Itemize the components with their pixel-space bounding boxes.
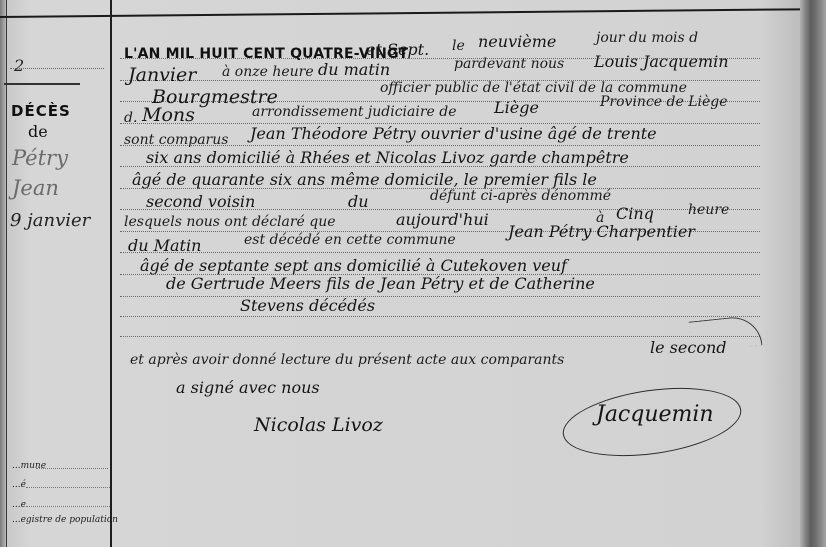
printed-d: d. <box>124 110 137 126</box>
printed-le: le <box>452 38 465 54</box>
printed-province: Province de Liège <box>600 94 728 110</box>
handwritten-officer-name: Louis Jacquemin <box>594 52 729 71</box>
handwritten-du-matin: du Matin <box>128 236 201 255</box>
ruled-line <box>120 252 760 253</box>
printed-heure: heure <box>688 202 729 218</box>
printed-pardevant: pardevant nous <box>454 56 564 72</box>
act-number: 2 <box>14 56 24 75</box>
margin-separator-bar <box>4 83 80 85</box>
handwritten-deceased-age-domicile: âgé de septante sept ans domicilié à Cut… <box>140 256 567 275</box>
handwritten-month: Janvier <box>128 64 196 86</box>
handwritten-second-declarant-age: âgé de quarante six ans même domicile, l… <box>132 170 597 189</box>
death-date: 9 janvier <box>10 210 90 231</box>
margin-form-label-registre: ...egistre de population <box>12 515 118 525</box>
printed-lesquels: lesquels nous ont déclaré que <box>124 214 336 230</box>
officer-signature: Jacquemin <box>596 402 714 427</box>
margin-form-label-commune: ...mune <box>12 461 46 471</box>
printed-hour: à onze heure <box>222 64 314 80</box>
printed-est-decede: est décédé en cette commune <box>244 232 456 248</box>
margin-form-line <box>26 506 110 507</box>
ruled-line <box>120 316 760 317</box>
margin-form-label-2: ...é <box>12 480 26 490</box>
handwritten-year-suffix: et Sept. <box>366 40 429 59</box>
ruled-line <box>120 296 760 297</box>
printed-defunt: défunt ci-après dénommé <box>430 188 611 204</box>
handwritten-arrondissement: Liège <box>494 98 539 117</box>
witness-signature: Nicolas Livoz <box>254 414 383 436</box>
handwritten-deceased-parents: de Gertrude Meers fils de Jean Pétry et … <box>166 274 595 293</box>
ruled-line <box>120 336 760 337</box>
handwritten-today: aujourd'hui <box>396 210 489 229</box>
handwritten-deceased-status: Stevens décédés <box>240 296 375 315</box>
top-horizontal-rule <box>0 8 800 18</box>
margin-form-line <box>36 468 108 469</box>
section-title: DÉCÈS <box>11 102 71 120</box>
act-number-dotted-line <box>10 68 104 69</box>
handwritten-du: du <box>348 192 369 211</box>
deceased-given-name: Jean <box>12 176 59 200</box>
printed-lecture: et après avoir donné lecture du présent … <box>130 352 564 368</box>
handwritten-day: neuvième <box>478 32 556 51</box>
register-page: 2 DÉCÈS de Pétry Jean 9 janvier ...mune … <box>0 0 826 547</box>
handwritten-a-signe: a signé avec nous <box>176 378 320 397</box>
printed-arrondissement: arrondissement judiciaire de <box>252 104 457 120</box>
handwritten-declarants-cont: six ans domicilié à Rhées et Nicolas Liv… <box>146 148 629 167</box>
handwritten-deceased-name: Jean Pétry Charpentier <box>508 222 695 241</box>
handwritten-first-declarant: Jean Théodore Pétry ouvrier d'usine âgé … <box>250 124 657 143</box>
margin-form-line <box>26 487 110 488</box>
deceased-surname: Pétry <box>12 146 68 170</box>
handwritten-relationship: second voisin <box>146 192 255 211</box>
handwritten-commune: Mons <box>142 104 195 126</box>
handwritten-time-of-day: du matin <box>318 60 390 79</box>
signature-flourish <box>689 314 763 352</box>
margin-column-divider <box>110 0 112 547</box>
printed-day-month: jour du mois d <box>596 30 698 46</box>
page-gutter-shadow <box>800 0 826 547</box>
margin-form-label-3: ...e <box>12 500 26 510</box>
section-title-de: de <box>28 122 48 141</box>
handwritten-hour-of-death: Cinq <box>616 204 654 223</box>
printed-sont-comparus: sont comparus <box>124 132 228 148</box>
